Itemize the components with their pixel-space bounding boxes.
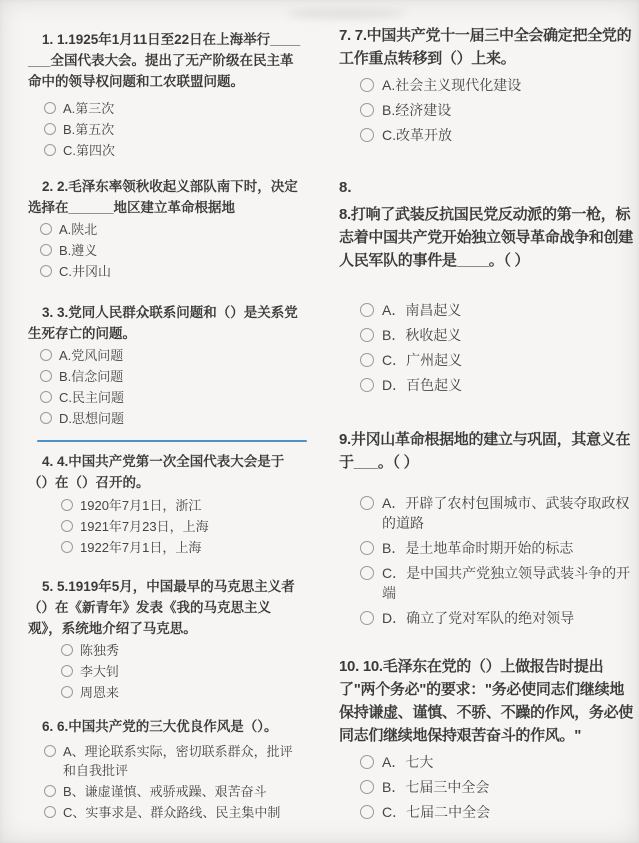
option-row[interactable]: D．百色起义: [339, 375, 636, 395]
radio-icon[interactable]: [360, 128, 374, 142]
question-1: 1. 1.1925年1月11日至22日在上海举行_______全国代表大会。提出…: [28, 29, 304, 160]
radio-icon[interactable]: [360, 805, 374, 819]
radio-icon[interactable]: [40, 223, 52, 235]
question-9: 9.井冈山革命根据地的建立与巩固，其意义在于___。（ ） A．开辟了农村包围城…: [339, 428, 636, 628]
option-row[interactable]: B.信念问题: [28, 367, 304, 386]
options-list: 1920年7月1日，浙江 1921年7月23日，上海 1922年7月1日，上海: [28, 496, 304, 557]
question-8-number: 8.: [339, 176, 636, 199]
options-list: A．开辟了农村包围城市、武装夺取政权的道路 B．是土地革命时期开始的标志 C．是…: [339, 493, 636, 628]
radio-icon[interactable]: [61, 499, 73, 511]
radio-icon[interactable]: [61, 520, 73, 532]
option-row[interactable]: B、谦虚谨慎、戒骄戒躁、艰苦奋斗: [28, 782, 304, 801]
radio-icon[interactable]: [61, 686, 73, 698]
option-row[interactable]: B．七届三中全会: [339, 777, 636, 797]
option-row[interactable]: 李大钊: [28, 662, 304, 681]
radio-icon[interactable]: [360, 78, 374, 92]
radio-icon[interactable]: [44, 745, 56, 757]
option-row[interactable]: C、实事求是、群众路线、民主集中制: [28, 803, 304, 822]
option-row[interactable]: C.第四次: [28, 141, 304, 160]
option-label: A.陕北: [59, 220, 97, 239]
options-list: A.陕北 B.遵义 C.井冈山: [28, 220, 304, 281]
question-3: 3. 3.党同人民群众联系问题和（）是关系党生死存亡的问题。 A.党风问题 B.…: [28, 302, 304, 428]
option-label: C.改革开放: [382, 125, 452, 145]
option-label: C.第四次: [63, 141, 115, 160]
question-text: 4. 4.中国共产党第一次全国代表大会是于（）在（）召开的。: [28, 451, 304, 493]
radio-icon[interactable]: [360, 541, 374, 555]
radio-icon[interactable]: [40, 244, 52, 256]
radio-icon[interactable]: [40, 412, 52, 424]
options-list: A、理论联系实际，密切联系群众，批评和自我批评 B、谦虚谨慎、戒骄戒躁、艰苦奋斗…: [28, 742, 304, 822]
question-10: 10. 10.毛泽东在党的（）上做报告时提出了"两个务必"的要求："务必使同志们…: [339, 655, 636, 822]
option-label: A.党风问题: [59, 346, 123, 365]
option-label: B．是土地革命时期开始的标志: [382, 538, 573, 558]
photo-smudge: [286, 9, 406, 19]
radio-icon[interactable]: [360, 303, 374, 317]
radio-icon[interactable]: [360, 378, 374, 392]
option-row[interactable]: C．七届二中全会: [339, 802, 636, 822]
option-label: D．确立了党对军队的绝对领导: [382, 608, 574, 628]
radio-icon[interactable]: [44, 123, 56, 135]
question-6: 6. 6.中国共产党的三大优良作风是（）。 A、理论联系实际，密切联系群众，批评…: [28, 716, 304, 822]
question-8: 8.打响了武装反抗国民党反动派的第一枪，标志着中国共产党开始独立领导革命战争和创…: [339, 203, 636, 395]
radio-icon[interactable]: [360, 328, 374, 342]
option-row[interactable]: A.社会主义现代化建设: [339, 75, 636, 95]
right-column: 7. 7.中国共产党十一届三中全会确定把全党的工作重点转移到（）上来。 A.社会…: [339, 0, 636, 843]
option-row[interactable]: A．七大: [339, 752, 636, 772]
option-row[interactable]: C．广州起义: [339, 350, 636, 370]
option-row[interactable]: C.民主问题: [28, 388, 304, 407]
radio-icon[interactable]: [61, 665, 73, 677]
question-text: 9.井冈山革命根据地的建立与巩固，其意义在于___。（ ）: [339, 428, 636, 474]
option-label: D．百色起义: [382, 375, 462, 395]
option-row[interactable]: B.遵义: [28, 241, 304, 260]
option-row[interactable]: A.党风问题: [28, 346, 304, 365]
question-text: 5. 5.1919年5月，中国最早的马克思主义者（）在《新青年》发表《我的马克思…: [28, 576, 304, 639]
option-label: C.井冈山: [59, 262, 111, 281]
option-label: 1922年7月1日，上海: [80, 538, 201, 557]
radio-icon[interactable]: [360, 611, 374, 625]
option-label: 陈独秀: [80, 641, 119, 660]
option-label: D.思想问题: [59, 409, 124, 428]
question-text: 3. 3.党同人民群众联系问题和（）是关系党生死存亡的问题。: [28, 302, 304, 344]
option-label: 李大钊: [80, 662, 119, 681]
question-5: 5. 5.1919年5月，中国最早的马克思主义者（）在《新青年》发表《我的马克思…: [28, 576, 304, 702]
option-row[interactable]: A.第三次: [28, 99, 304, 118]
option-row[interactable]: 1921年7月23日，上海: [28, 517, 304, 536]
option-label: B.第五次: [63, 120, 114, 139]
question-text: 6. 6.中国共产党的三大优良作风是（）。: [28, 716, 304, 737]
option-label: 1920年7月1日，浙江: [80, 496, 201, 515]
radio-icon[interactable]: [44, 144, 56, 156]
option-label: A.社会主义现代化建设: [382, 75, 521, 95]
option-label: B．七届三中全会: [382, 777, 489, 797]
section-divider: [37, 440, 307, 442]
option-label: C．广州起义: [382, 350, 462, 370]
option-label: 周恩来: [80, 683, 119, 702]
options-list: A．南昌起义 B．秋收起义 C．广州起义 D．百色起义: [339, 300, 636, 395]
radio-icon[interactable]: [61, 541, 73, 553]
question-2: 2. 2.毛泽东率领秋收起义部队南下时，决定选择在______地区建立革命根据地…: [28, 176, 304, 281]
option-label: B、谦虚谨慎、戒骄戒躁、艰苦奋斗: [63, 782, 267, 801]
radio-icon[interactable]: [360, 103, 374, 117]
radio-icon[interactable]: [360, 496, 374, 510]
radio-icon[interactable]: [360, 755, 374, 769]
question-text: 1. 1.1925年1月11日至22日在上海举行_______全国代表大会。提出…: [28, 29, 304, 92]
radio-icon[interactable]: [61, 644, 73, 656]
radio-icon[interactable]: [44, 785, 56, 797]
option-row[interactable]: A.陕北: [28, 220, 304, 239]
radio-icon[interactable]: [40, 265, 52, 277]
radio-icon[interactable]: [40, 370, 52, 382]
option-row[interactable]: B.第五次: [28, 120, 304, 139]
option-row[interactable]: B．是土地革命时期开始的标志: [339, 538, 636, 558]
option-row[interactable]: B.经济建设: [339, 100, 636, 120]
radio-icon[interactable]: [40, 391, 52, 403]
option-row[interactable]: C.改革开放: [339, 125, 636, 145]
option-label: A．开辟了农村包围城市、武装夺取政权的道路: [382, 493, 636, 533]
option-label: B.遵义: [59, 241, 97, 260]
option-row[interactable]: A．南昌起义: [339, 300, 636, 320]
option-row[interactable]: A、理论联系实际，密切联系群众，批评和自我批评: [28, 742, 304, 780]
question-text: 10. 10.毛泽东在党的（）上做报告时提出了"两个务必"的要求："务必使同志们…: [339, 655, 636, 747]
option-label: A．南昌起义: [382, 300, 461, 320]
option-label: 1921年7月23日，上海: [80, 517, 209, 536]
option-row[interactable]: 1922年7月1日，上海: [28, 538, 304, 557]
radio-icon[interactable]: [360, 566, 374, 580]
radio-icon[interactable]: [360, 353, 374, 367]
option-label: A、理论联系实际，密切联系群众，批评和自我批评: [63, 742, 304, 780]
radio-icon[interactable]: [44, 806, 56, 818]
option-row[interactable]: 1920年7月1日，浙江: [28, 496, 304, 515]
radio-icon[interactable]: [44, 102, 56, 114]
option-label: B.经济建设: [382, 100, 451, 120]
radio-icon[interactable]: [360, 780, 374, 794]
question-text: 2. 2.毛泽东率领秋收起义部队南下时，决定选择在______地区建立革命根据地: [28, 176, 304, 218]
option-row[interactable]: D．确立了党对军队的绝对领导: [339, 608, 636, 628]
option-label: C、实事求是、群众路线、民主集中制: [63, 803, 280, 822]
left-column: 1. 1.1925年1月11日至22日在上海举行_______全国代表大会。提出…: [28, 0, 304, 843]
option-label: A．七大: [382, 752, 433, 772]
option-label: B．秋收起义: [382, 325, 461, 345]
options-list: A.社会主义现代化建设 B.经济建设 C.改革开放: [339, 75, 636, 145]
options-list: A.第三次 B.第五次 C.第四次: [28, 99, 304, 160]
option-row[interactable]: C．是中国共产党独立领导武装斗争的开端: [339, 563, 636, 603]
option-row[interactable]: A．开辟了农村包围城市、武装夺取政权的道路: [339, 493, 636, 533]
question-text: 8.打响了武装反抗国民党反动派的第一枪，标志着中国共产党开始独立领导革命战争和创…: [339, 203, 636, 272]
option-row[interactable]: B．秋收起义: [339, 325, 636, 345]
options-list: A．七大 B．七届三中全会 C．七届二中全会: [339, 752, 636, 822]
question-4: 4. 4.中国共产党第一次全国代表大会是于（）在（）召开的。 1920年7月1日…: [28, 451, 304, 557]
options-list: A.党风问题 B.信念问题 C.民主问题 D.思想问题: [28, 346, 304, 428]
option-row[interactable]: 陈独秀: [28, 641, 304, 660]
option-label: C．是中国共产党独立领导武装斗争的开端: [382, 563, 636, 603]
section-number-label: 8.: [339, 179, 352, 196]
option-label: A.第三次: [63, 99, 114, 118]
option-row[interactable]: D.思想问题: [28, 409, 304, 428]
question-7: 7. 7.中国共产党十一届三中全会确定把全党的工作重点转移到（）上来。 A.社会…: [339, 24, 636, 145]
question-text: 7. 7.中国共产党十一届三中全会确定把全党的工作重点转移到（）上来。: [339, 24, 636, 70]
option-label: C．七届二中全会: [382, 802, 490, 822]
option-label: B.信念问题: [59, 367, 123, 386]
option-row[interactable]: C.井冈山: [28, 262, 304, 281]
options-list: 陈独秀 李大钊 周恩来: [28, 641, 304, 702]
option-label: C.民主问题: [59, 388, 124, 407]
option-row[interactable]: 周恩来: [28, 683, 304, 702]
radio-icon[interactable]: [40, 349, 52, 361]
